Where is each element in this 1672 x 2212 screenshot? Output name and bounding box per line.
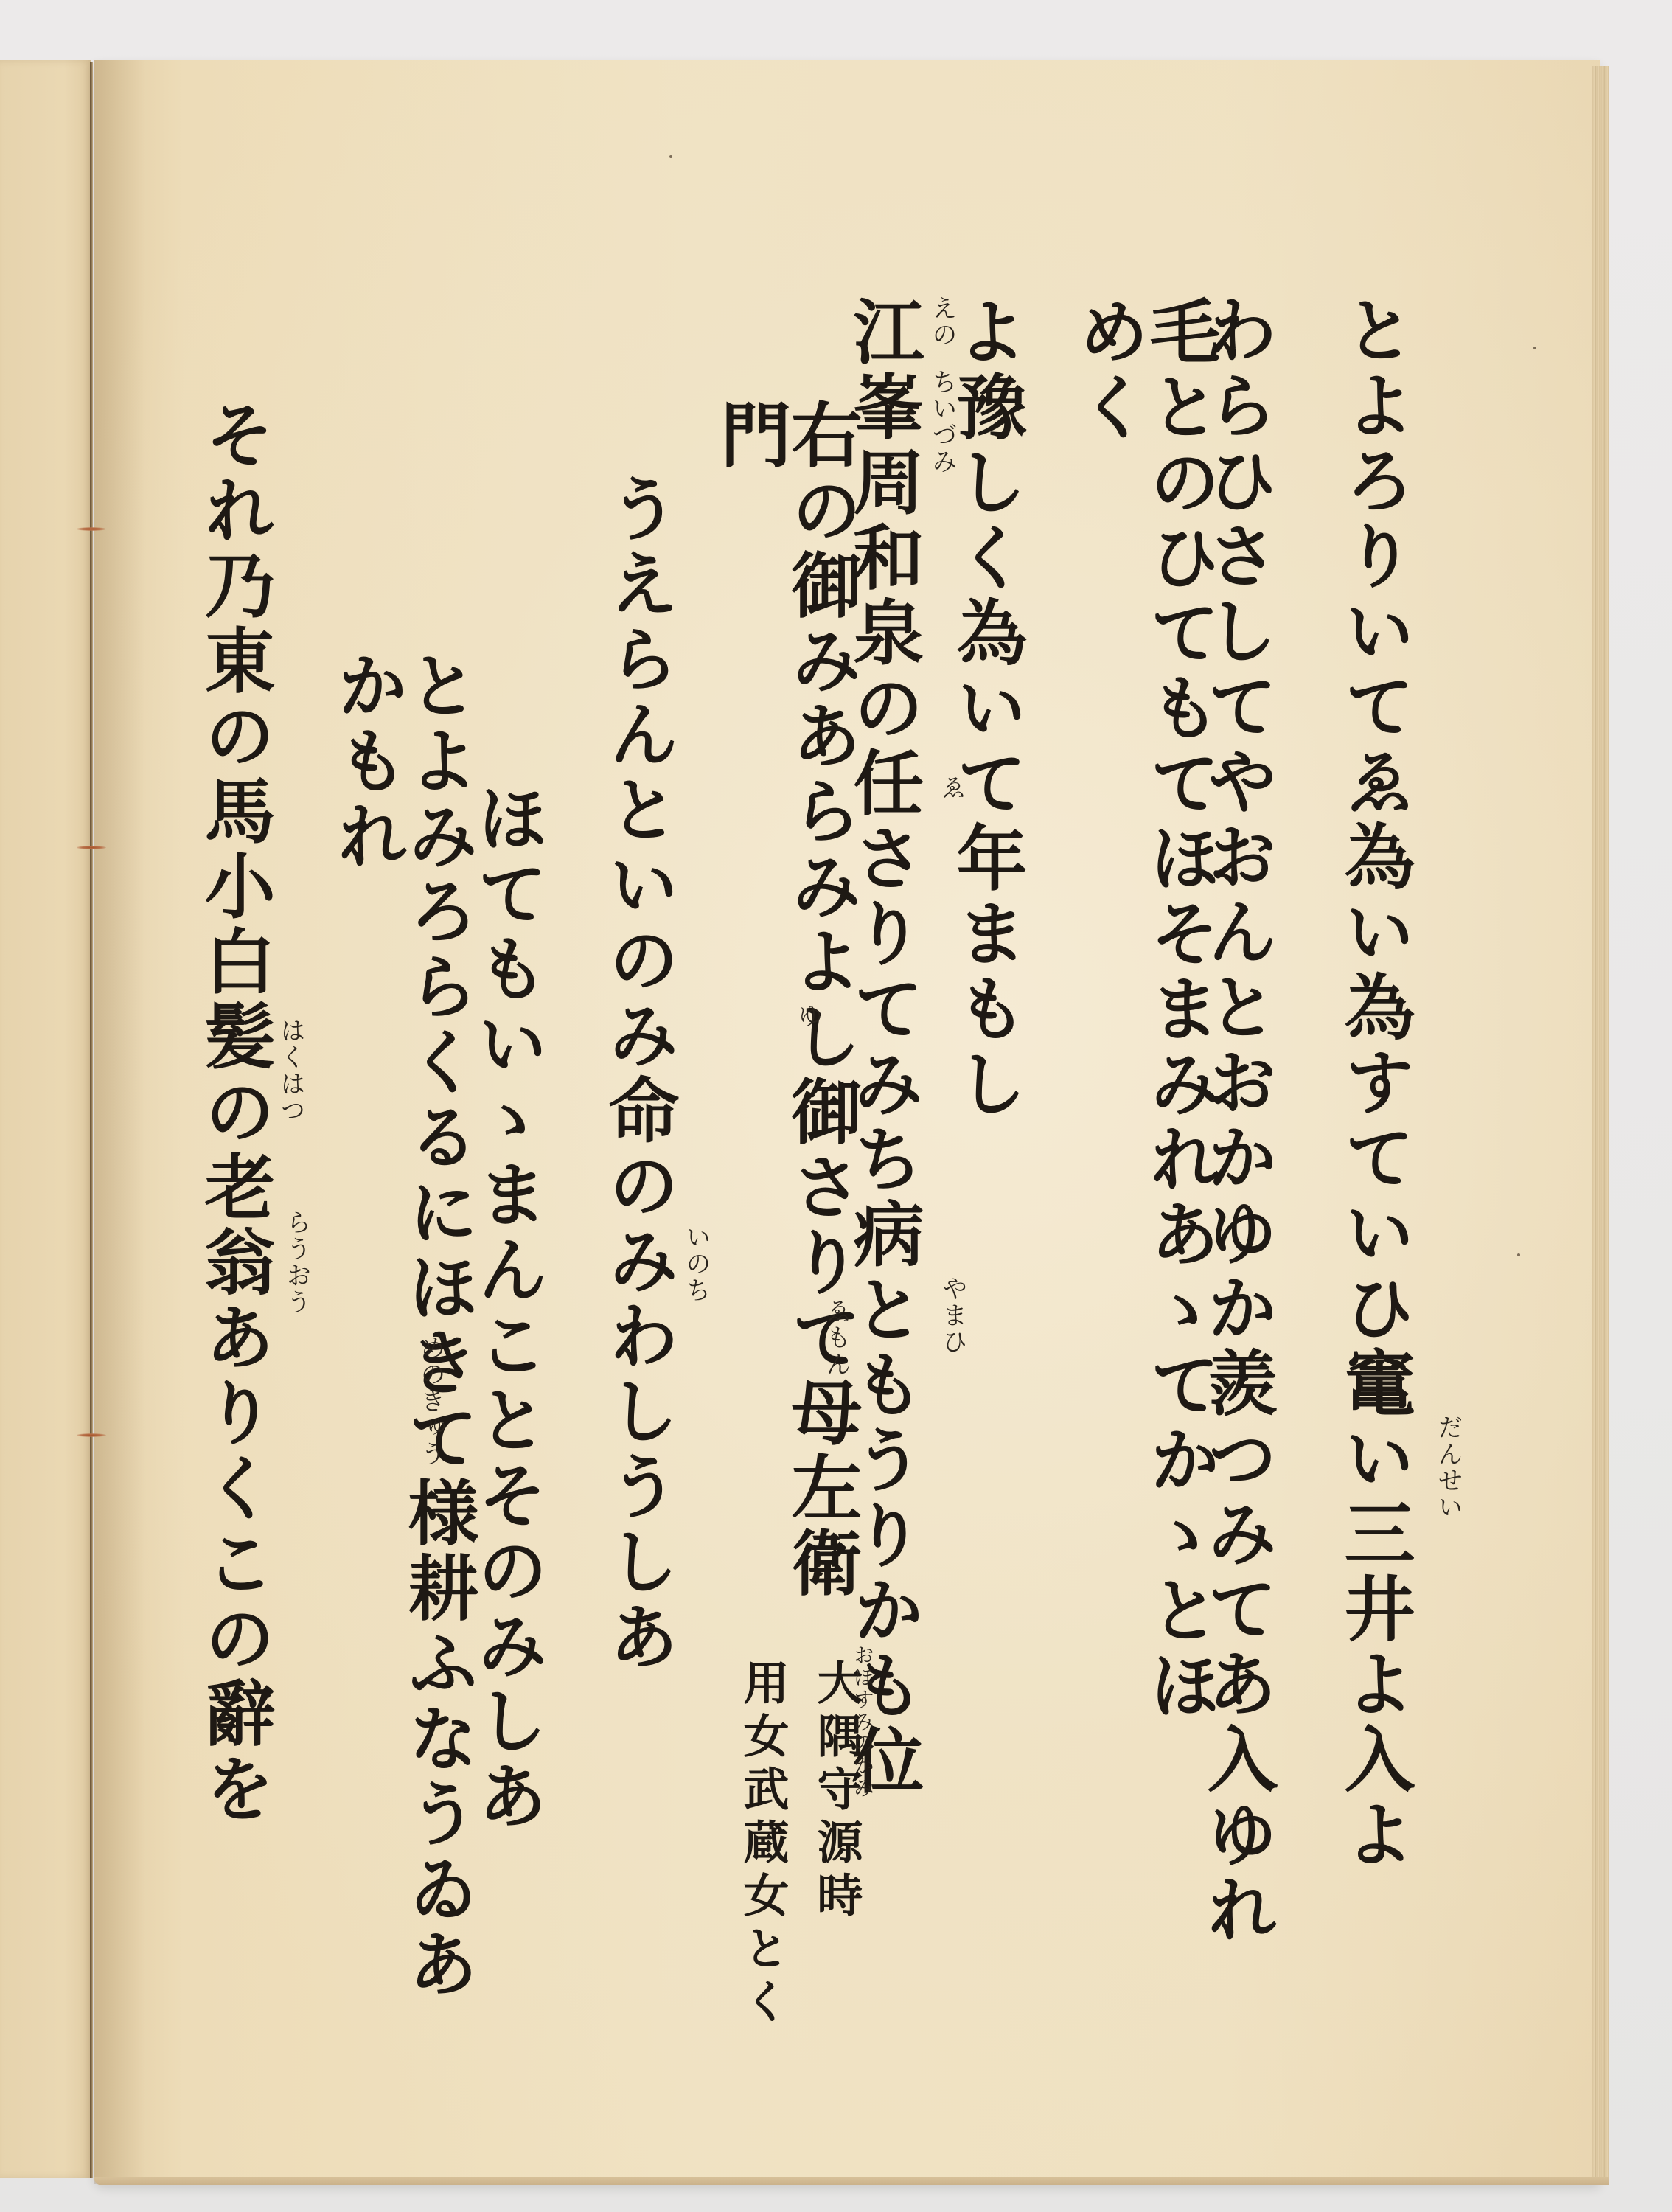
ruby-annotation: らうおう xyxy=(279,1209,315,1315)
text-column-6: 右の御みあらみよし御さりて母左衛門 xyxy=(715,398,857,1607)
gutter-shadow xyxy=(94,60,145,2184)
text-column-10: それ乃東の馬小白髪の老翁ありくこの辭を xyxy=(199,398,270,2057)
ruby-annotation: えの xyxy=(924,295,961,348)
ruby-annotation: いのち xyxy=(678,1224,714,1304)
ruby-annotation: やまひ xyxy=(935,1276,971,1355)
text-column-7: うえらんといのみ命のみわしうしあ xyxy=(603,472,674,2020)
page-stack-edge xyxy=(1592,66,1609,2184)
ruby-annotation: だんせい xyxy=(1430,1414,1466,1520)
text-column-1: とよろりいてゑ為い為すていひ竃い三井よ入よ xyxy=(1339,293,1410,2004)
annotation-ruby: おほすみのかみ xyxy=(848,1644,877,1799)
text-column-9: とよみろらくるにほきて様耕ふなうゐあかもれ xyxy=(332,649,473,2050)
text-column-8: ほてもいゝまんことそのみしあ xyxy=(472,782,543,1851)
ruby-annotation: はくはつ xyxy=(273,1018,309,1124)
ruby-annotation: ゑ xyxy=(933,774,969,801)
binding-stitch xyxy=(77,527,106,531)
ruby-annotation: ゑもん xyxy=(818,1298,854,1377)
page-bottom-edge xyxy=(94,2177,1609,2185)
paper-speck xyxy=(1517,1253,1520,1256)
text-column-3: 毛とのひてもてほそまみれあゝてかゝとほめく xyxy=(1073,295,1215,1784)
text-column-4: よ豫しく為いて年まもし xyxy=(951,295,1022,1209)
annotation-line-2: 用女武蔵女とく xyxy=(730,1659,795,2031)
binding-stitch xyxy=(77,1433,106,1437)
ruby-annotation: ちいづみ xyxy=(924,369,961,475)
ruby-annotation: ゆ xyxy=(790,1003,826,1029)
binding-spine xyxy=(90,62,93,2178)
previous-page-edge xyxy=(0,60,91,2178)
paper-speck xyxy=(1533,347,1536,349)
paper-speck xyxy=(669,155,672,158)
ruby-annotation: めのきゅう xyxy=(413,1335,449,1467)
binding-stitch xyxy=(77,846,106,849)
